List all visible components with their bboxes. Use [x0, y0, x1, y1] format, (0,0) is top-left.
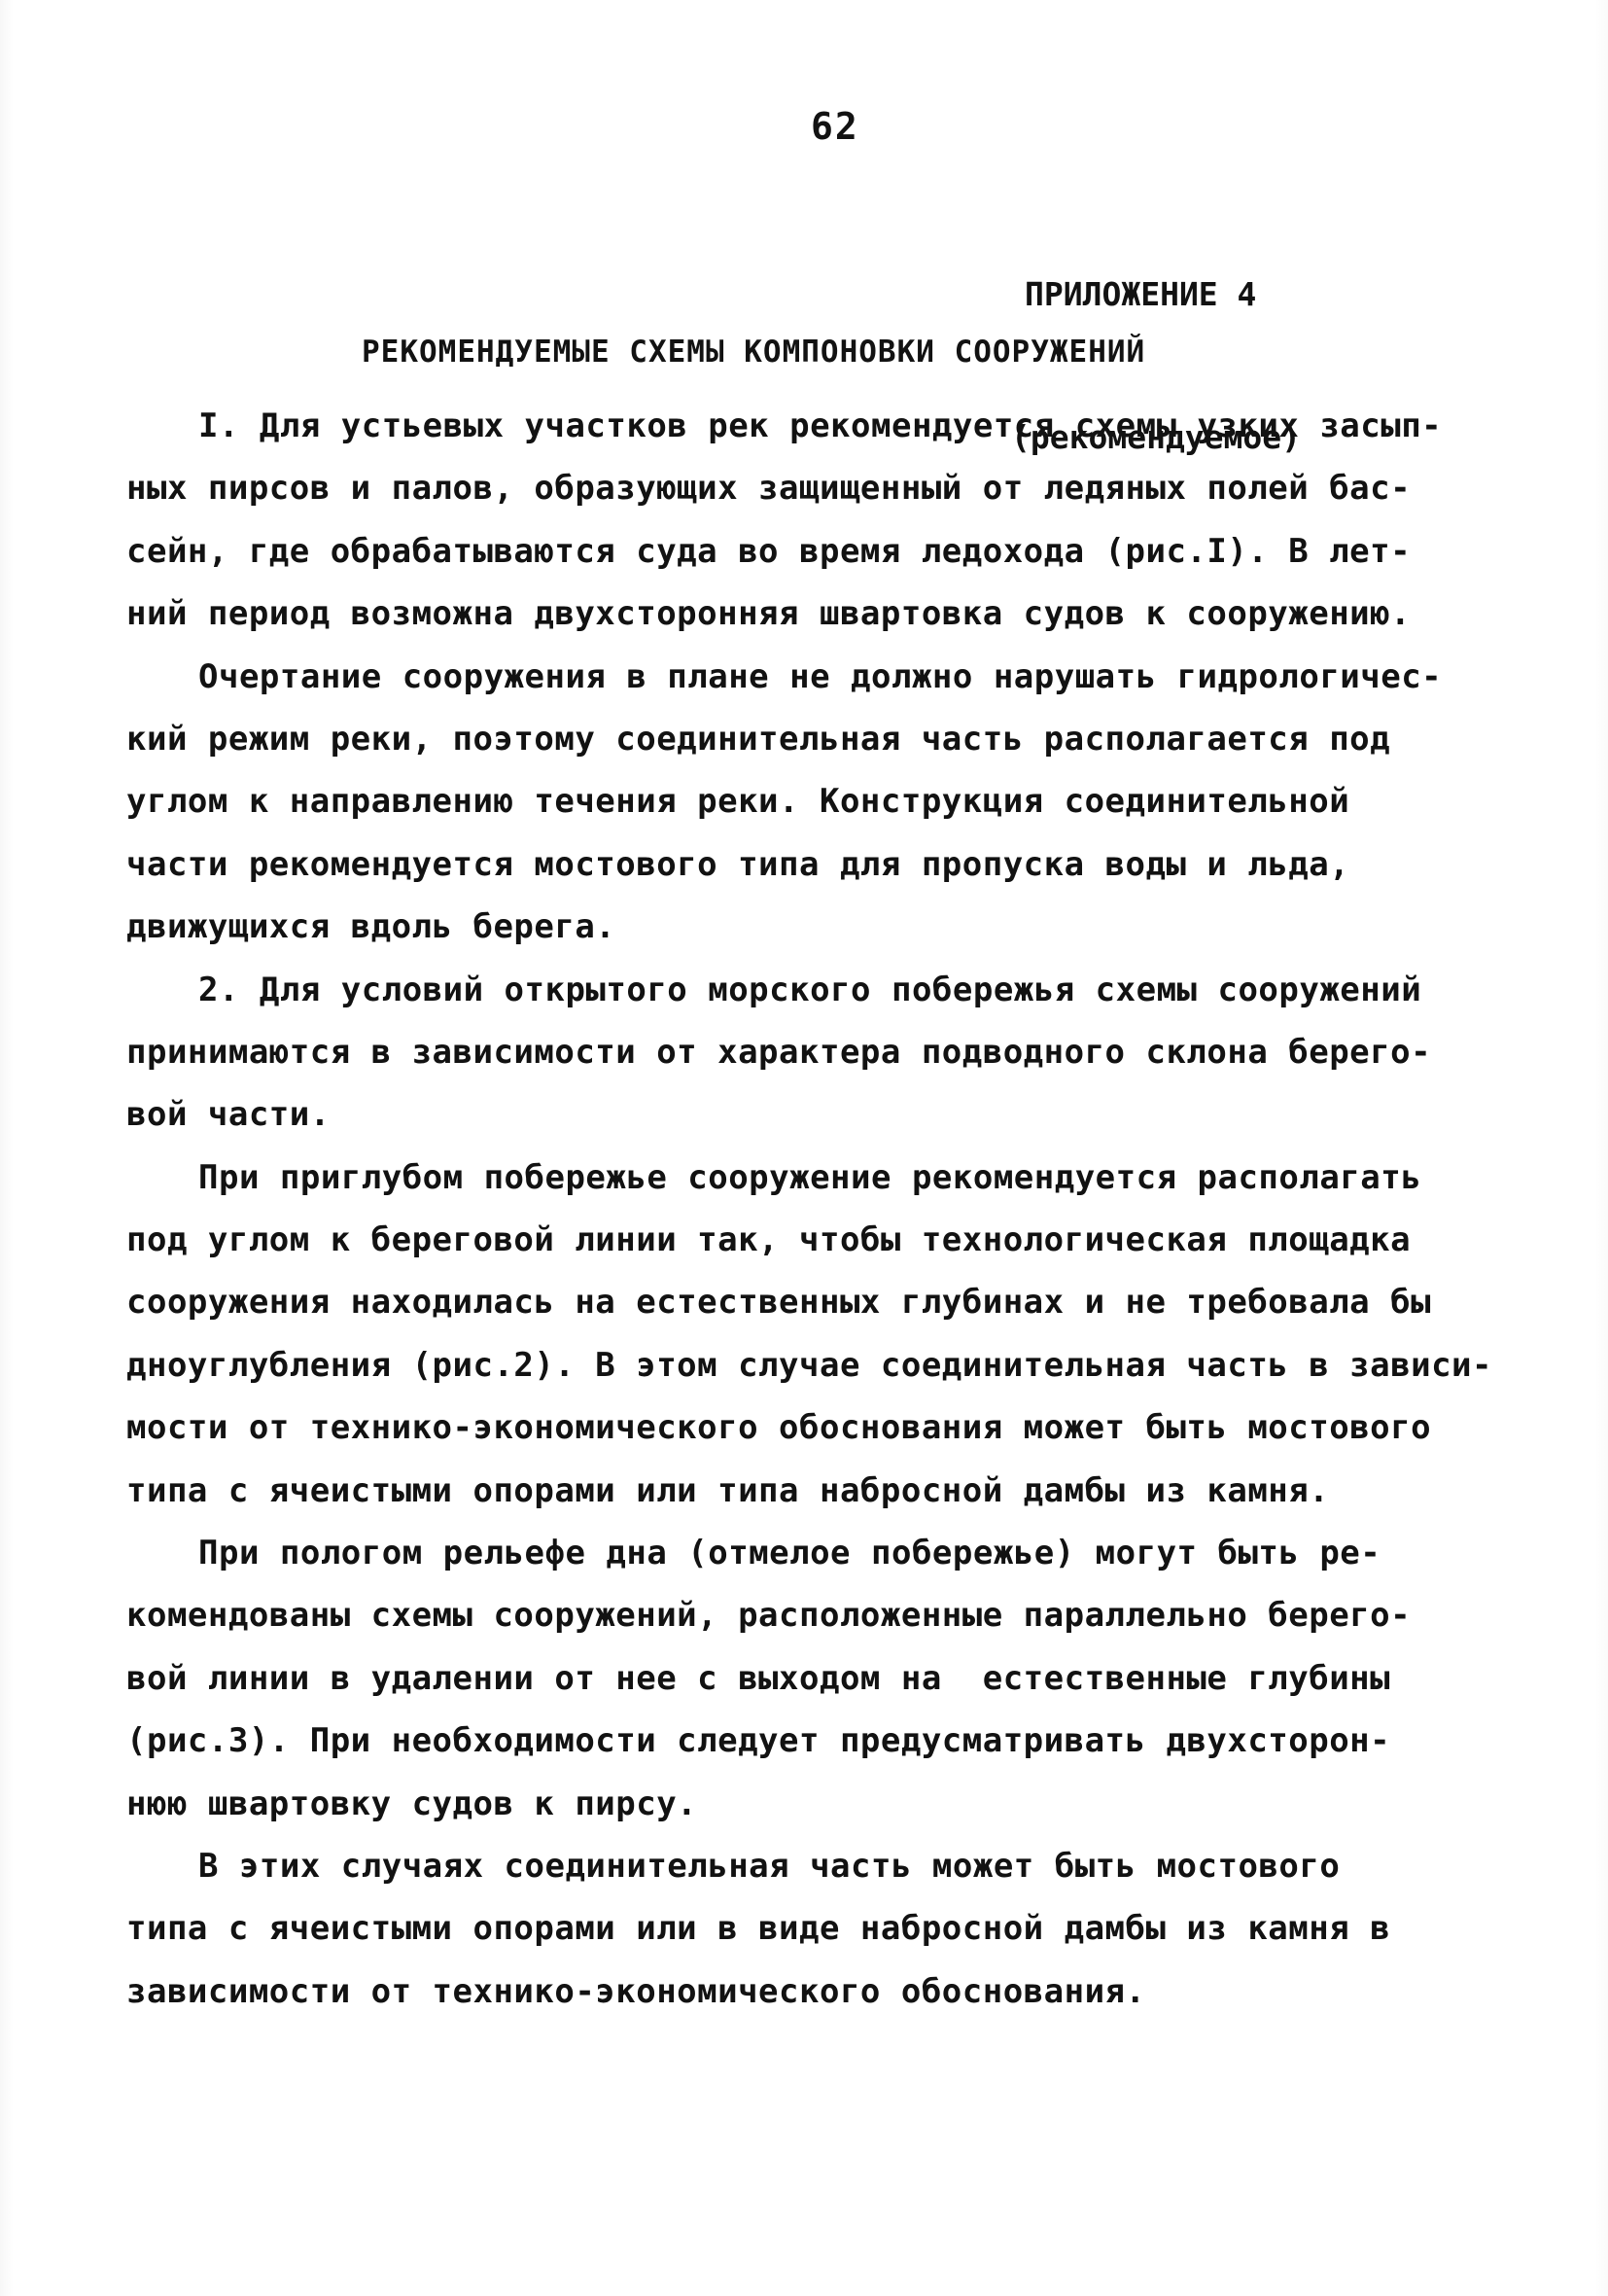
body-line: зависимости от технико-экономического об…: [126, 1960, 1546, 2023]
body-line: типа с ячеистыми опорами или типа наброс…: [126, 1460, 1546, 1522]
body-line: В этих случаях соединительная часть може…: [126, 1835, 1546, 1897]
body-line: вой линии в удалении от нее с выходом на…: [126, 1647, 1546, 1710]
body-line: принимаются в зависимости от характера п…: [126, 1021, 1546, 1083]
body-line: мости от технико-экономического обоснова…: [126, 1396, 1546, 1459]
page-number: 62: [811, 105, 859, 148]
body-line: кий режим реки, поэтому соединительная ч…: [126, 708, 1546, 770]
body-line: сейн, где обрабатываются суда во время л…: [126, 520, 1546, 583]
annex-label: ПРИЛОЖЕНИЕ 4: [1011, 270, 1301, 318]
body-line: вой части.: [126, 1083, 1546, 1146]
body-text: I. Для устьевых участков рек рекомендует…: [126, 395, 1546, 2023]
body-line: 2. Для условий открытого морского побере…: [126, 959, 1546, 1021]
body-line: движущихся вдоль берега.: [126, 896, 1546, 958]
body-line: комендованы схемы сооружений, расположен…: [126, 1584, 1546, 1646]
body-line: углом к направлению течения реки. Констр…: [126, 770, 1546, 832]
body-line: типа с ячеистыми опорами или в виде набр…: [126, 1897, 1546, 1960]
body-line: I. Для устьевых участков рек рекомендует…: [126, 395, 1546, 457]
body-line: части рекомендуется мостового типа для п…: [126, 833, 1546, 896]
body-line: ний период возможна двухсторонняя шварто…: [126, 583, 1546, 645]
body-line: нюю швартовку судов к пирсу.: [126, 1773, 1546, 1835]
body-line: (рис.3). При необходимости следует преду…: [126, 1710, 1546, 1772]
scanned-document-page: 62 ПРИЛОЖЕНИЕ 4 (рекомендуемое) РЕКОМЕНД…: [0, 0, 1608, 2296]
body-line: под углом к береговой линии так, чтобы т…: [126, 1209, 1546, 1271]
body-line: Очертание сооружения в плане не должно н…: [126, 646, 1546, 708]
body-line: При приглубом побережье сооружение реком…: [126, 1147, 1546, 1209]
body-line: ных пирсов и палов, образующих защищенны…: [126, 457, 1546, 519]
body-line: При пологом рельефе дна (отмелое побереж…: [126, 1522, 1546, 1584]
body-line: дноуглубления (рис.2). В этом случае сое…: [126, 1334, 1546, 1396]
body-line: сооружения находилась на естественных гл…: [126, 1271, 1546, 1333]
document-title: РЕКОМЕНДУЕМЫЕ СХЕМЫ КОМПОНОВКИ СООРУЖЕНИ…: [362, 335, 1145, 370]
